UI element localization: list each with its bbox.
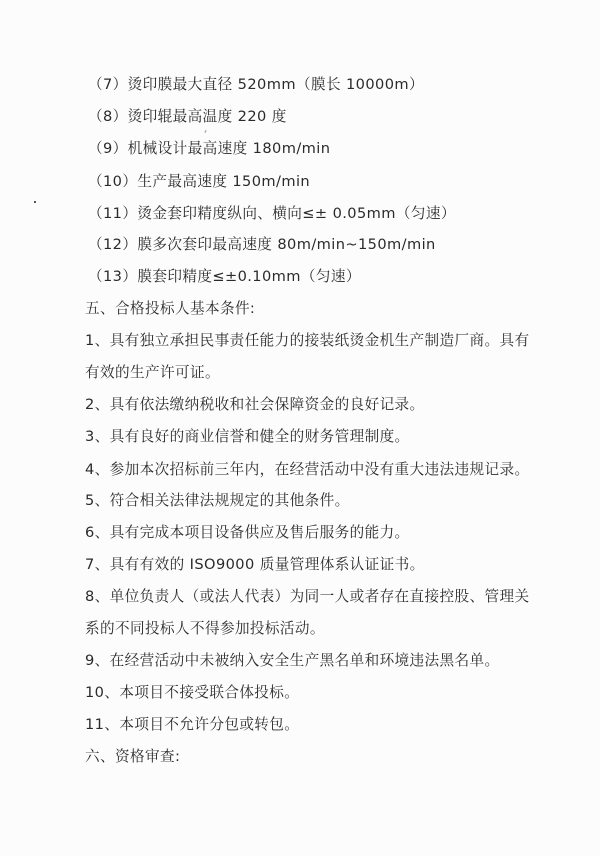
- spec-item-7: （7）烫印膜最大直径 520mm（膜长 10000m）: [88, 75, 424, 95]
- section-6-heading: 六、资格审查:: [85, 747, 180, 767]
- document-page: （7）烫印膜最大直径 520mm（膜长 10000m） （8）烫印辊最高温度 2…: [0, 0, 600, 856]
- condition-10: 10、本项目不接受联合体投标。: [85, 683, 299, 703]
- scan-mark: [204, 130, 206, 133]
- spec-item-9: （9）机械设计最高速度 180m/min: [88, 139, 330, 159]
- condition-2: 2、具有依法缴纳税收和社会保障资金的良好记录。: [85, 395, 425, 415]
- condition-8-line1: 8、单位负责人（或法人代表）为同一人或者存在直接控股、管理关: [85, 587, 530, 607]
- condition-1-line1: 1、具有独立承担民事责任能力的接装纸烫金机生产制造厂商。具有: [85, 331, 530, 351]
- condition-6: 6、具有完成本项目设备供应及售后服务的能力。: [85, 523, 410, 543]
- scan-speck: [34, 201, 36, 203]
- spec-item-8: （8）烫印辊最高温度 220 度: [88, 107, 287, 127]
- spec-item-13: （13）膜套印精度≤±0.10mm（匀速）: [88, 267, 361, 287]
- condition-1-line2: 有效的生产许可证。: [85, 363, 220, 383]
- condition-5: 5、符合相关法律法规规定的其他条件。: [85, 491, 350, 511]
- condition-7: 7、具有有效的 ISO9000 质量管理体系认证证书。: [85, 555, 425, 575]
- section-5-heading: 五、合格投标人基本条件:: [85, 299, 255, 319]
- spec-item-10: （10）生产最高速度 150m/min: [88, 172, 310, 192]
- condition-11: 11、本项目不允许分包或转包。: [85, 715, 299, 735]
- condition-4: 4、参加本次招标前三年内，在经营活动中没有重大违法违规记录。: [85, 460, 530, 480]
- spec-item-12: （12）膜多次套印最高速度 80m/min~150m/min: [88, 235, 436, 255]
- condition-3: 3、具有良好的商业信誉和健全的财务管理制度。: [85, 427, 410, 447]
- condition-8-line2: 系的不同投标人不得参加投标活动。: [85, 619, 325, 639]
- condition-9: 9、在经营活动中未被纳入安全生产黑名单和环境违法黑名单。: [85, 651, 500, 671]
- spec-item-11: （11）烫金套印精度纵向、横向≤± 0.05mm（匀速）: [88, 204, 456, 224]
